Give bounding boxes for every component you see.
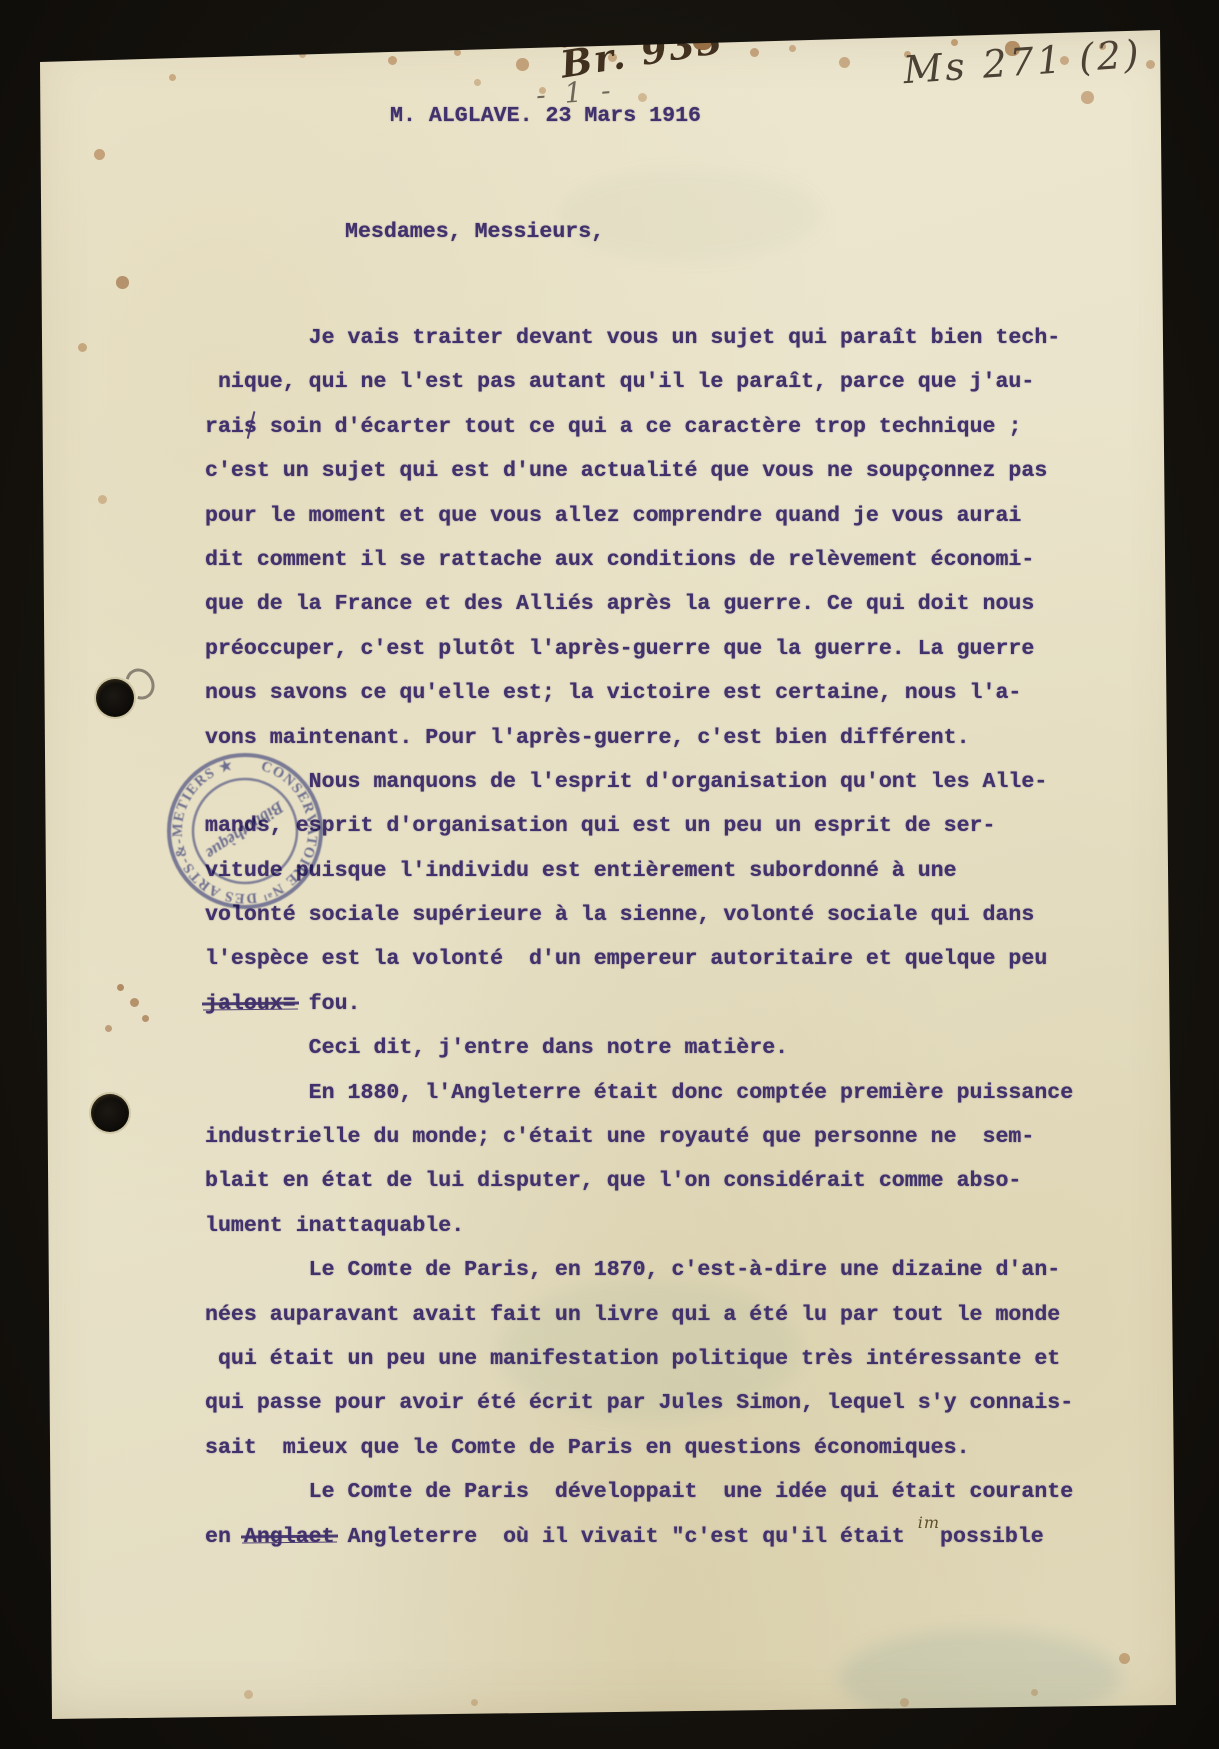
document-page: Br. 933 - 1 - Ms 271 (2) M. ALGLAVE. 23 … [0, 0, 1219, 1749]
scanned-manuscript-photo: { "page": { "annotations": { "shelfmark"… [0, 0, 1219, 1749]
foxing-spots [0, 0, 5, 5]
rust-mark [0, 0, 8, 11]
paper-edge-shading [0, 0, 1219, 1749]
